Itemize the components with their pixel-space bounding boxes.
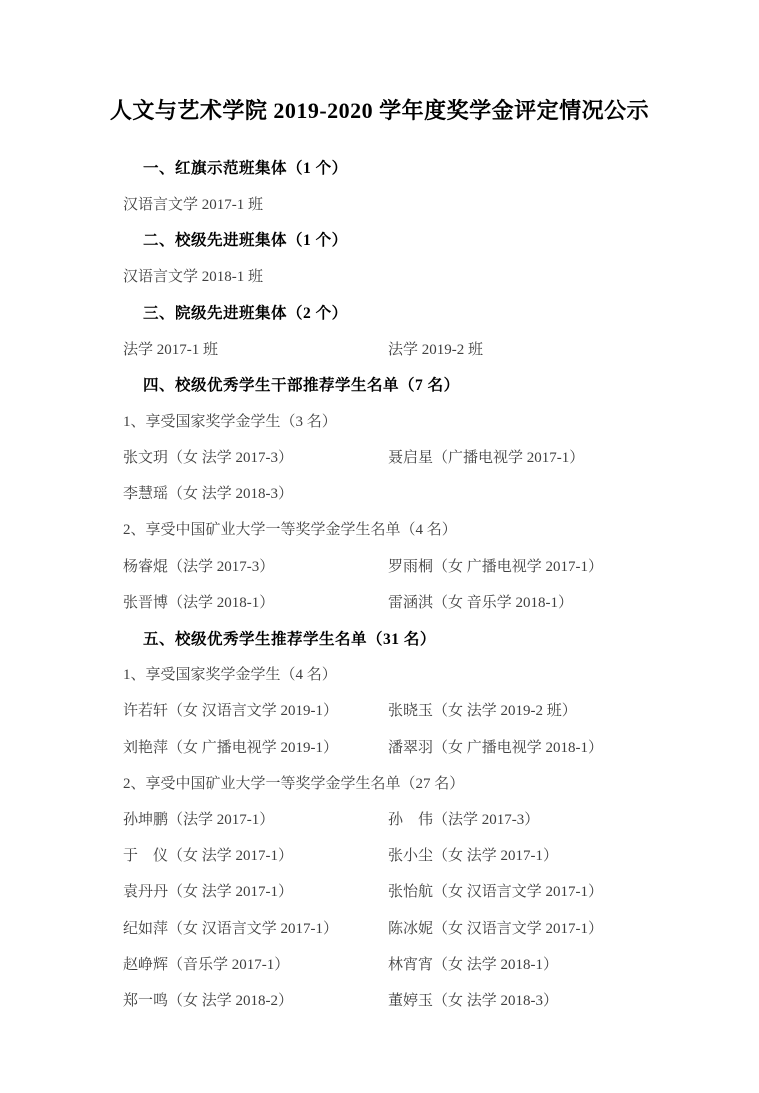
entry-left: 袁丹丹（女 法学 2017-1） xyxy=(123,880,388,901)
entry-left: 于 仪（女 法学 2017-1） xyxy=(123,844,388,865)
entry-right: 陈冰妮（女 汉语言文学 2017-1） xyxy=(388,917,759,938)
entry-left: 李慧瑶（女 法学 2018-3） xyxy=(123,482,388,503)
entry-row: 孙坤鹏（法学 2017-1）孙 伟（法学 2017-3） xyxy=(123,800,759,836)
entry-left: 纪如萍（女 汉语言文学 2017-1） xyxy=(123,917,388,938)
entry-right: 林宵宵（女 法学 2018-1） xyxy=(388,953,759,974)
entry-row: 张文玥（女 法学 2017-3）聂启星（广播电视学 2017-1） xyxy=(123,439,759,475)
entry-left: 2、享受中国矿业大学一等奖学金学生名单（27 名） xyxy=(123,772,388,793)
entry-right: 罗雨桐（女 广播电视学 2017-1） xyxy=(388,555,759,576)
entry-left: 2、享受中国矿业大学一等奖学金学生名单（4 名） xyxy=(123,518,388,539)
entry-row: 杨睿焜（法学 2017-3）罗雨桐（女 广播电视学 2017-1） xyxy=(123,547,759,583)
entry-row: 法学 2017-1 班法学 2019-2 班 xyxy=(123,330,759,366)
section-heading: 三、院级先进班集体（2 个） xyxy=(123,294,759,330)
entry-right: 张晓玉（女 法学 2019-2 班） xyxy=(388,699,759,720)
section-heading: 四、校级优秀学生干部推荐学生名单（7 名） xyxy=(123,366,759,402)
entry-right: 聂启星（广播电视学 2017-1） xyxy=(388,446,759,467)
document-title: 人文与艺术学院 2019-2020 学年度奖学金评定情况公示 xyxy=(0,95,759,126)
entry-row: 赵峥辉（音乐学 2017-1）林宵宵（女 法学 2018-1） xyxy=(123,945,759,981)
entry-right: 张小尘（女 法学 2017-1） xyxy=(388,844,759,865)
entry-row: 纪如萍（女 汉语言文学 2017-1）陈冰妮（女 汉语言文学 2017-1） xyxy=(123,909,759,945)
entry-left: 汉语言文学 2017-1 班 xyxy=(123,193,388,214)
entry-left: 1、享受国家奖学金学生（4 名） xyxy=(123,663,388,684)
entry-row: 袁丹丹（女 法学 2017-1）张怡航（女 汉语言文学 2017-1） xyxy=(123,873,759,909)
entry-left: 杨睿焜（法学 2017-3） xyxy=(123,555,388,576)
document-page: 人文与艺术学院 2019-2020 学年度奖学金评定情况公示 一、红旗示范班集体… xyxy=(0,0,759,1093)
entry-left: 赵峥辉（音乐学 2017-1） xyxy=(123,953,388,974)
entry-right: 雷涵淇（女 音乐学 2018-1） xyxy=(388,591,759,612)
entry-row: 汉语言文学 2018-1 班 xyxy=(123,258,759,294)
section-heading: 一、红旗示范班集体（1 个） xyxy=(123,149,759,185)
entry-row: 1、享受国家奖学金学生（3 名） xyxy=(123,402,759,438)
entry-row: 张晋博（法学 2018-1）雷涵淇（女 音乐学 2018-1） xyxy=(123,583,759,619)
entry-row: 郑一鸣（女 法学 2018-2）董婷玉（女 法学 2018-3） xyxy=(123,981,759,1017)
entry-left: 法学 2017-1 班 xyxy=(123,338,388,359)
document-body: 一、红旗示范班集体（1 个）汉语言文学 2017-1 班二、校级先进班集体（1 … xyxy=(0,149,759,1018)
entry-left: 刘艳萍（女 广播电视学 2019-1） xyxy=(123,736,388,757)
entry-row: 2、享受中国矿业大学一等奖学金学生名单（4 名） xyxy=(123,511,759,547)
entry-left: 张文玥（女 法学 2017-3） xyxy=(123,446,388,467)
entry-row: 刘艳萍（女 广播电视学 2019-1）潘翠羽（女 广播电视学 2018-1） xyxy=(123,728,759,764)
entry-left: 张晋博（法学 2018-1） xyxy=(123,591,388,612)
entry-left: 郑一鸣（女 法学 2018-2） xyxy=(123,989,388,1010)
entry-left: 汉语言文学 2018-1 班 xyxy=(123,265,388,286)
entry-row: 汉语言文学 2017-1 班 xyxy=(123,185,759,221)
entry-right: 潘翠羽（女 广播电视学 2018-1） xyxy=(388,736,759,757)
entry-row: 李慧瑶（女 法学 2018-3） xyxy=(123,475,759,511)
entry-row: 许若轩（女 汉语言文学 2019-1）张晓玉（女 法学 2019-2 班） xyxy=(123,692,759,728)
entry-row: 1、享受国家奖学金学生（4 名） xyxy=(123,656,759,692)
entry-left: 孙坤鹏（法学 2017-1） xyxy=(123,808,388,829)
section-heading: 五、校级优秀学生推荐学生名单（31 名） xyxy=(123,619,759,655)
entry-right: 张怡航（女 汉语言文学 2017-1） xyxy=(388,880,759,901)
entry-right: 董婷玉（女 法学 2018-3） xyxy=(388,989,759,1010)
entry-right: 法学 2019-2 班 xyxy=(388,338,759,359)
entry-right: 孙 伟（法学 2017-3） xyxy=(388,808,759,829)
entry-left: 1、享受国家奖学金学生（3 名） xyxy=(123,410,388,431)
section-heading: 二、校级先进班集体（1 个） xyxy=(123,221,759,257)
entry-row: 于 仪（女 法学 2017-1）张小尘（女 法学 2017-1） xyxy=(123,837,759,873)
entry-left: 许若轩（女 汉语言文学 2019-1） xyxy=(123,699,388,720)
entry-row: 2、享受中国矿业大学一等奖学金学生名单（27 名） xyxy=(123,764,759,800)
